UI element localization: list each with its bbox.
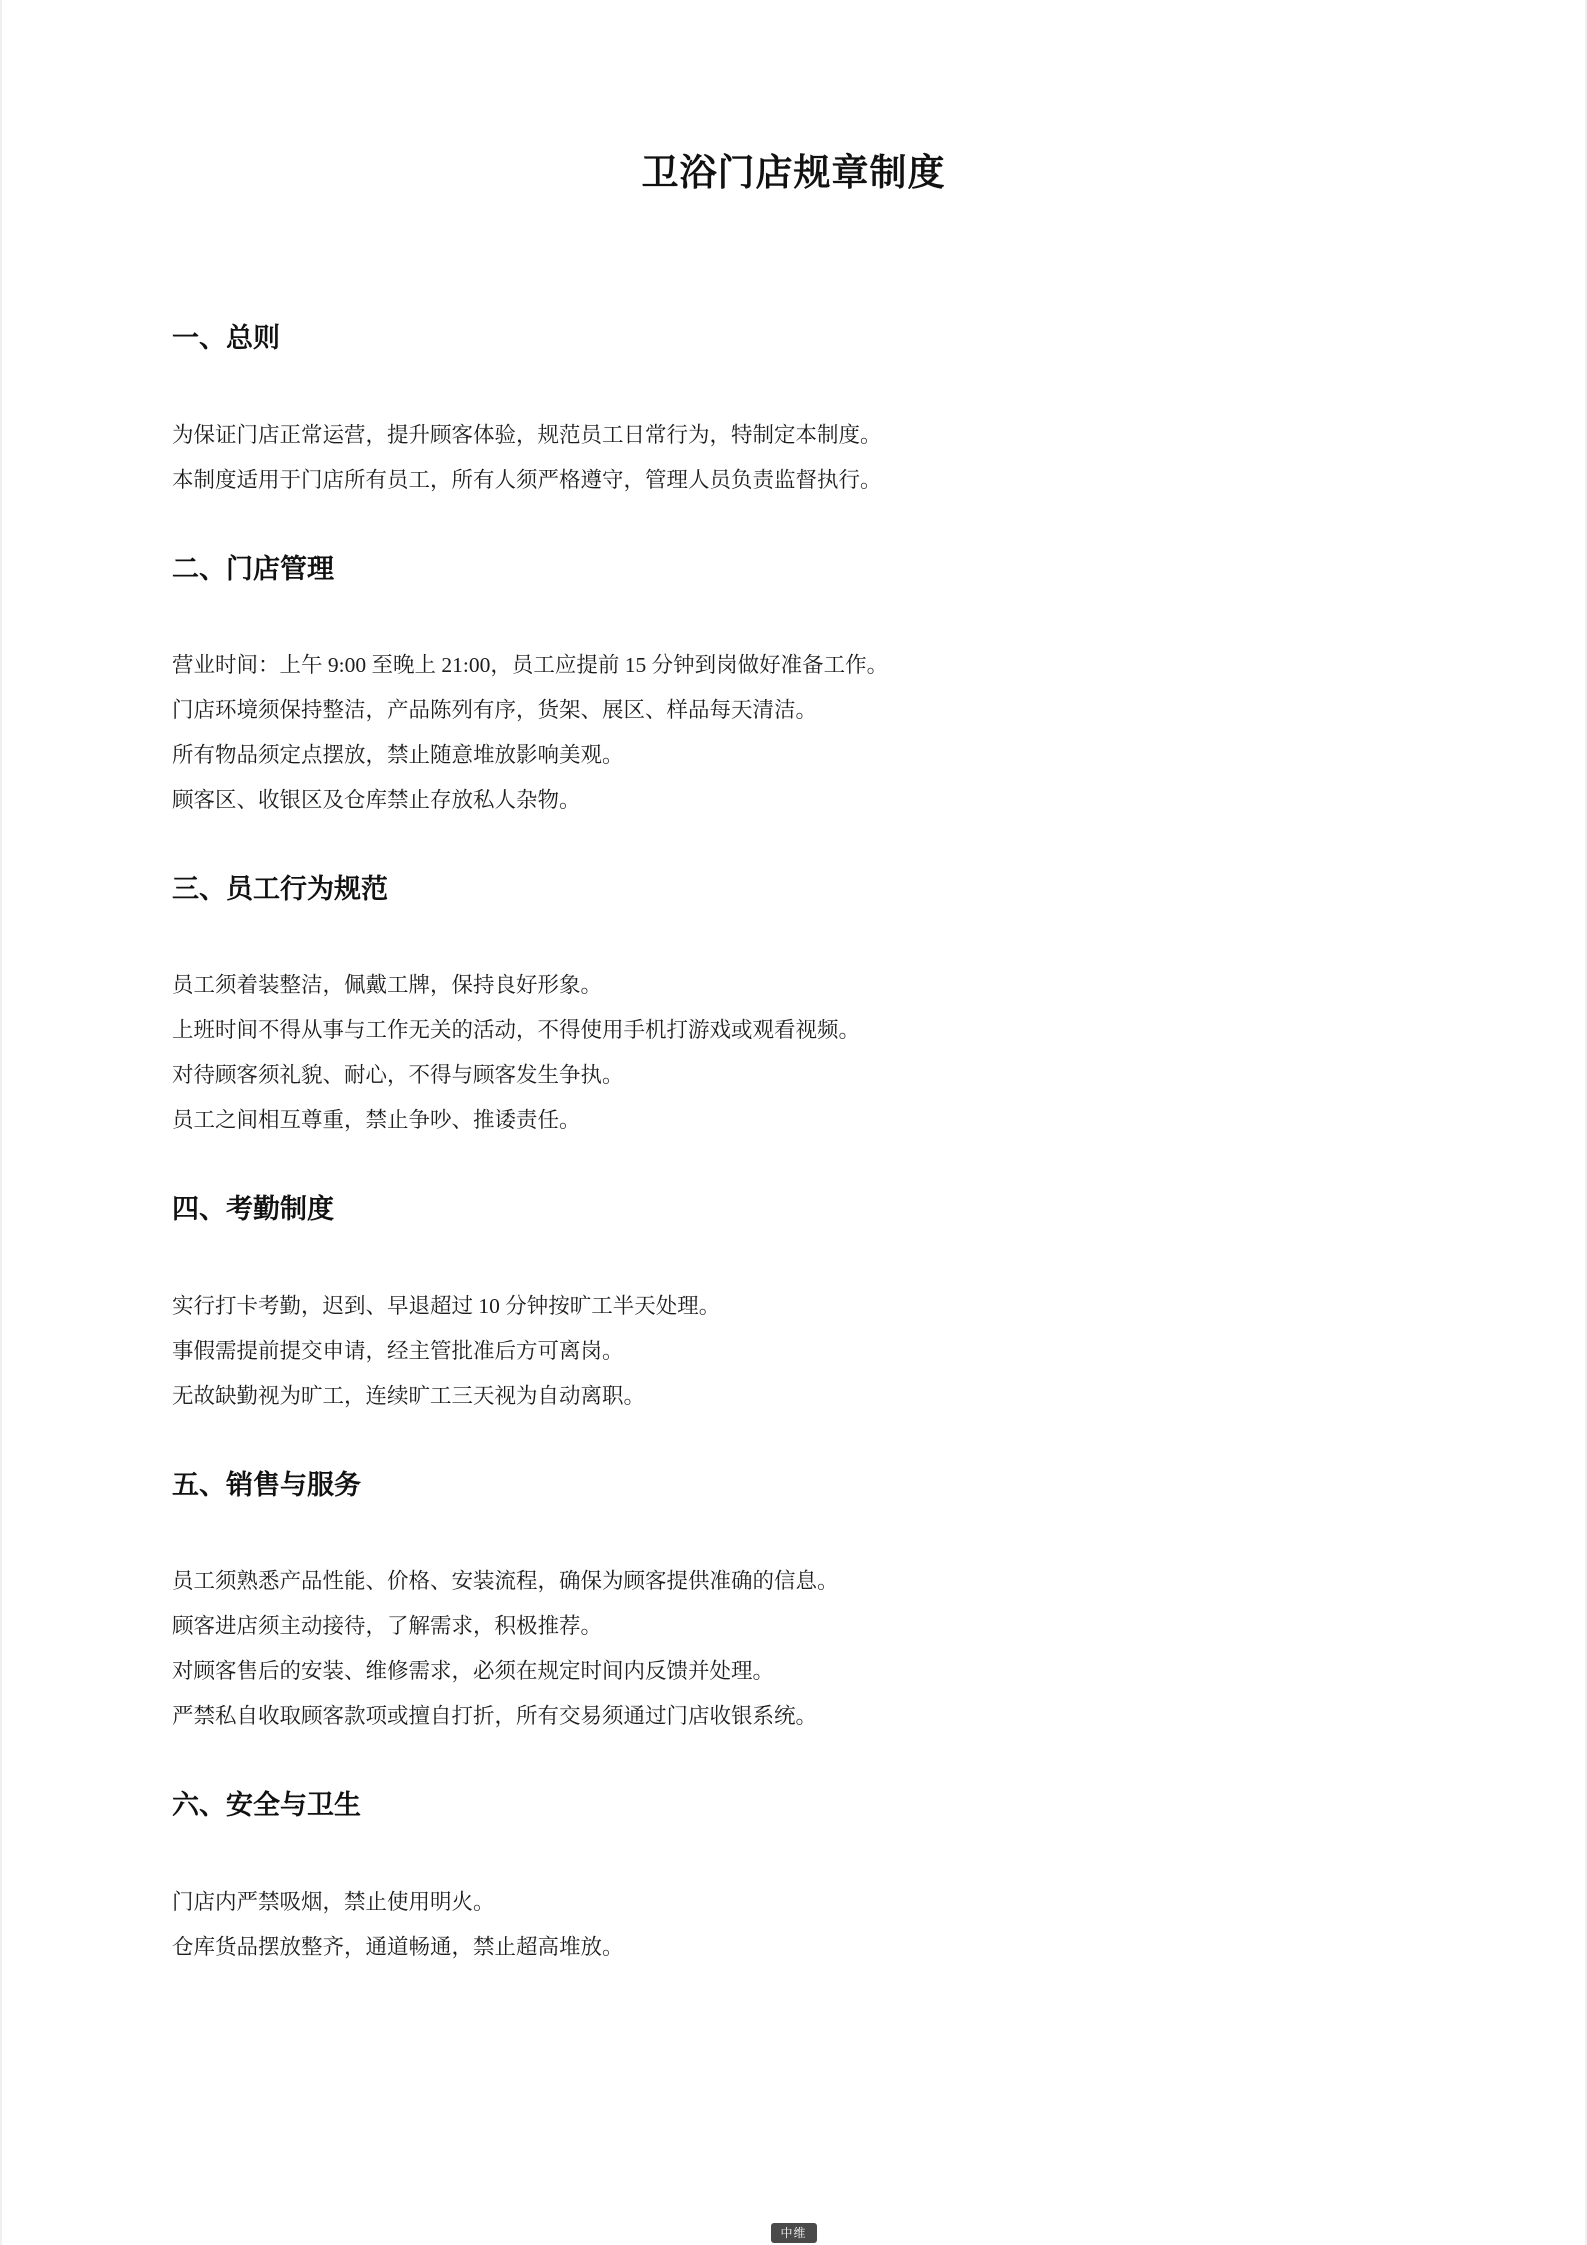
section-heading-1: 一、总则: [172, 320, 1415, 356]
body-line: 营业时间：上午 9:00 至晚上 21:00，员工应提前 15 分钟到岗做好准备…: [172, 643, 1415, 688]
section-heading-3: 三、员工行为规范: [172, 871, 1415, 907]
body-line: 实行打卡考勤，迟到、早退超过 10 分钟按旷工半天处理。: [172, 1284, 1415, 1329]
body-line: 严禁私自收取顾客款项或擅自打折，所有交易须通过门店收银系统。: [172, 1694, 1415, 1739]
body-line: 本制度适用于门店所有员工，所有人须严格遵守，管理人员负责监督执行。: [172, 458, 1415, 503]
section-body-5: 员工须熟悉产品性能、价格、安装流程，确保为顾客提供准确的信息。 顾客进店须主动接…: [172, 1559, 1415, 1739]
section-heading-5: 五、销售与服务: [172, 1467, 1415, 1503]
body-line: 无故缺勤视为旷工，连续旷工三天视为自动离职。: [172, 1374, 1415, 1419]
section-body-4: 实行打卡考勤，迟到、早退超过 10 分钟按旷工半天处理。 事假需提前提交申请，经…: [172, 1284, 1415, 1419]
body-line: 门店内严禁吸烟，禁止使用明火。: [172, 1880, 1415, 1925]
body-line: 员工之间相互尊重，禁止争吵、推诿责任。: [172, 1098, 1415, 1143]
section-heading-6: 六、安全与卫生: [172, 1787, 1415, 1823]
body-line: 员工须着装整洁，佩戴工牌，保持良好形象。: [172, 963, 1415, 1008]
section-body-3: 员工须着装整洁，佩戴工牌，保持良好形象。 上班时间不得从事与工作无关的活动，不得…: [172, 963, 1415, 1143]
body-line: 顾客进店须主动接待，了解需求，积极推荐。: [172, 1604, 1415, 1649]
body-line: 门店环境须保持整洁，产品陈列有序，货架、展区、样品每天清洁。: [172, 688, 1415, 733]
section-body-2: 营业时间：上午 9:00 至晚上 21:00，员工应提前 15 分钟到岗做好准备…: [172, 643, 1415, 823]
document-page: 卫浴门店规章制度 一、总则 为保证门店正常运营，提升顾客体验，规范员工日常行为，…: [0, 0, 1587, 2245]
section-heading-2: 二、门店管理: [172, 551, 1415, 587]
body-line: 对待顾客须礼貌、耐心，不得与顾客发生争执。: [172, 1053, 1415, 1098]
doc-title: 卫浴门店规章制度: [172, 150, 1415, 198]
section-body-1: 为保证门店正常运营，提升顾客体验，规范员工日常行为，特制定本制度。 本制度适用于…: [172, 413, 1415, 503]
body-line: 上班时间不得从事与工作无关的活动，不得使用手机打游戏或观看视频。: [172, 1008, 1415, 1053]
section-body-6: 门店内严禁吸烟，禁止使用明火。 仓库货品摆放整齐，通道畅通，禁止超高堆放。: [172, 1880, 1415, 1970]
body-line: 仓库货品摆放整齐，通道畅通，禁止超高堆放。: [172, 1925, 1415, 1970]
section-heading-4: 四、考勤制度: [172, 1191, 1415, 1227]
document-content: 卫浴门店规章制度 一、总则 为保证门店正常运营，提升顾客体验，规范员工日常行为，…: [2, 0, 1585, 1970]
body-line: 事假需提前提交申请，经主管批准后方可离岗。: [172, 1329, 1415, 1374]
body-line: 顾客区、收银区及仓库禁止存放私人杂物。: [172, 778, 1415, 823]
body-line: 对顾客售后的安装、维修需求，必须在规定时间内反馈并处理。: [172, 1649, 1415, 1694]
body-line: 为保证门店正常运营，提升顾客体验，规范员工日常行为，特制定本制度。: [172, 413, 1415, 458]
body-line: 所有物品须定点摆放，禁止随意堆放影响美观。: [172, 733, 1415, 778]
watermark-badge: 中维: [770, 2223, 816, 2243]
body-line: 员工须熟悉产品性能、价格、安装流程，确保为顾客提供准确的信息。: [172, 1559, 1415, 1604]
